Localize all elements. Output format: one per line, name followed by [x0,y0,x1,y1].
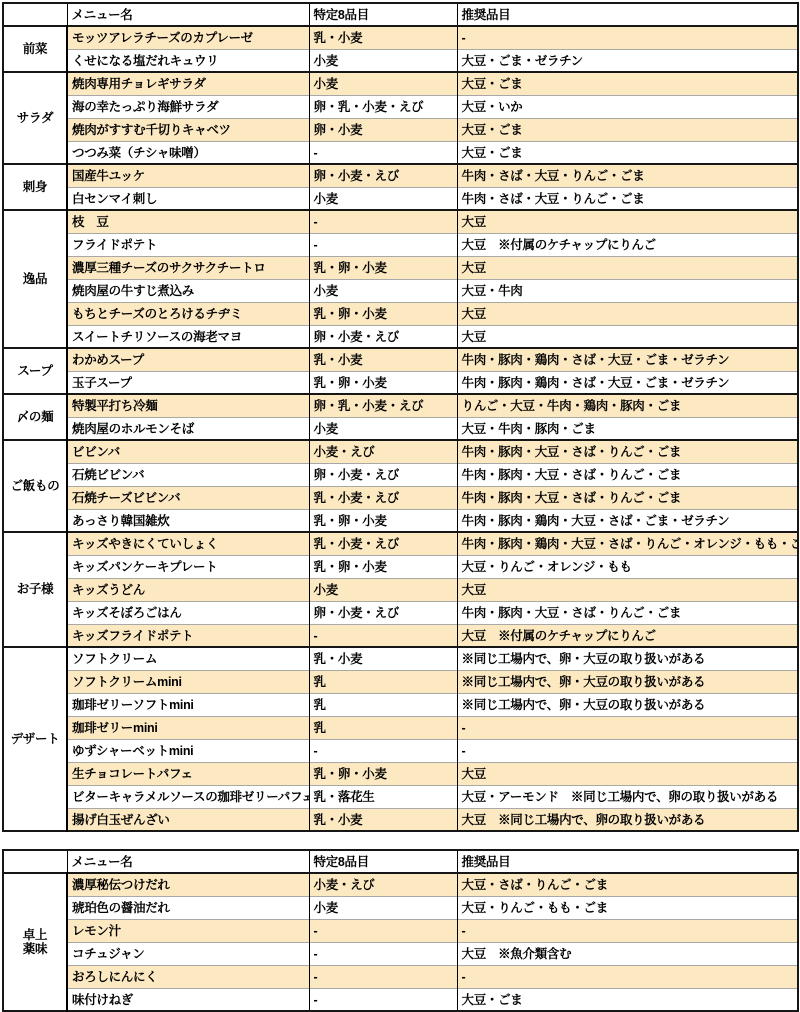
specified8-cell: - [309,965,457,988]
recommended-cell: 牛肉・豚肉・鶏肉・大豆・さば・りんご・オレンジ・もも・ごま [457,532,798,555]
specified8-cell: 乳・卵・小麦 [309,509,457,532]
menu-row: 〆の麺特製平打ち冷麺卵・乳・小麦・えびりんご・大豆・牛肉・鶏肉・豚肉・ごま [3,394,798,417]
recommended-cell: ※同じ工場内で、卵・大豆の取り扱いがある [457,647,798,670]
specified8-cell: 小麦 [309,279,457,302]
menu-row: ソフトクリームmini乳※同じ工場内で、卵・大豆の取り扱いがある [3,670,798,693]
specified8-cell: 小麦・えび [309,440,457,463]
allergen-table-main: メニュー名 特定8品目 推奨品目 前菜モッツアレラチーズのカプレーゼ乳・小麦-く… [2,2,799,832]
menu-name-cell: ソフトクリーム [67,647,309,670]
menu-row: もちとチーズのとろけるチヂミ乳・卵・小麦大豆 [3,302,798,325]
recommended-cell: 大豆 [457,302,798,325]
specified8-cell: 乳・卵・小麦 [309,555,457,578]
recommended-cell: 大豆・ごま [457,118,798,141]
recommended-cell: 大豆・牛肉 [457,279,798,302]
menu-row: ご飯ものビビンバ小麦・えび牛肉・豚肉・大豆・さば・りんご・ごま [3,440,798,463]
menu-row: 前菜モッツアレラチーズのカプレーゼ乳・小麦- [3,26,798,49]
recommended-cell: ※同じ工場内で、卵・大豆の取り扱いがある [457,670,798,693]
menu-name-cell: おろしにんにく [67,965,309,988]
menu-name-cell: 焼肉屋の牛すじ煮込み [67,279,309,302]
recommended-cell: 大豆・ごま [457,141,798,164]
recommended-cell: 大豆・ごま [457,72,798,95]
recommended-cell: - [457,26,798,49]
header-row: メニュー名 特定8品目 推奨品目 [3,850,798,873]
recommended-cell: 牛肉・豚肉・大豆・さば・りんご・ごま [457,486,798,509]
header-row: メニュー名 特定8品目 推奨品目 [3,3,798,26]
menu-name-cell: 特製平打ち冷麺 [67,394,309,417]
menu-row: 石焼ビビンバ卵・小麦・えび牛肉・豚肉・大豆・さば・りんご・ごま [3,463,798,486]
specified8-cell: 卵・小麦 [309,118,457,141]
col-header-specified8: 特定8品目 [309,3,457,26]
menu-name-cell: 焼肉専用チョレギサラダ [67,72,309,95]
category-cell: 卓上 薬味 [3,873,67,1011]
menu-name-cell: キッズうどん [67,578,309,601]
recommended-cell: 大豆・アーモンド ※同じ工場内で、卵の取り扱いがある [457,785,798,808]
menu-row: コチュジャン-大豆 ※魚介類含む [3,942,798,965]
recommended-cell: 大豆 [457,578,798,601]
table-body-condiments: 卓上 薬味濃厚秘伝つけだれ小麦・えび大豆・さば・りんご・ごま琥珀色の醤油だれ小麦… [3,873,798,1011]
menu-row: デザートソフトクリーム乳・小麦※同じ工場内で、卵・大豆の取り扱いがある [3,647,798,670]
menu-name-cell: 生チョコレートパフェ [67,762,309,785]
recommended-cell: 牛肉・さば・大豆・りんご・ごま [457,164,798,187]
menu-name-cell: 焼肉がすすむ千切りキャベツ [67,118,309,141]
col-header-menu-name: メニュー名 [67,3,309,26]
menu-row: 濃厚三種チーズのサクサクチートロ乳・卵・小麦大豆 [3,256,798,279]
recommended-cell: 牛肉・豚肉・大豆・さば・りんご・ごま [457,440,798,463]
menu-name-cell: ビターキャラメルソースの珈琲ゼリーパフェ [67,785,309,808]
page: メニュー名 特定8品目 推奨品目 前菜モッツアレラチーズのカプレーゼ乳・小麦-く… [0,0,800,1012]
menu-name-cell: あっさり韓国雑炊 [67,509,309,532]
menu-name-cell: 珈琲ゼリーmini [67,716,309,739]
specified8-cell: 卵・小麦・えび [309,164,457,187]
menu-name-cell: 石焼ビビンバ [67,463,309,486]
category-cell: スープ [3,348,67,394]
specified8-cell: 乳・小麦 [309,348,457,371]
specified8-cell: - [309,919,457,942]
menu-row: キッズうどん小麦大豆 [3,578,798,601]
specified8-cell: 乳・卵・小麦 [309,371,457,394]
recommended-cell: 大豆 ※魚介類含む [457,942,798,965]
menu-row: あっさり韓国雑炊乳・卵・小麦牛肉・豚肉・鶏肉・大豆・さば・ごま・ゼラチン [3,509,798,532]
recommended-cell: - [457,716,798,739]
menu-name-cell: 味付けねぎ [67,988,309,1011]
specified8-cell: 乳・卵・小麦 [309,256,457,279]
recommended-cell: 牛肉・豚肉・鶏肉・さば・大豆・ごま・ゼラチン [457,371,798,394]
menu-row: 石焼チーズビビンバ乳・小麦・えび牛肉・豚肉・大豆・さば・りんご・ごま [3,486,798,509]
specified8-cell: 卵・乳・小麦・えび [309,394,457,417]
category-cell: 前菜 [3,26,67,72]
specified8-cell: 乳・小麦 [309,26,457,49]
menu-name-cell: ソフトクリームmini [67,670,309,693]
specified8-cell: - [309,141,457,164]
category-header-cell [3,850,67,873]
menu-row: 卓上 薬味濃厚秘伝つけだれ小麦・えび大豆・さば・りんご・ごま [3,873,798,896]
recommended-cell: 大豆 [457,762,798,785]
recommended-cell: 大豆・牛肉・豚肉・ごま [457,417,798,440]
menu-row: レモン汁-- [3,919,798,942]
specified8-cell: 小麦 [309,417,457,440]
menu-row: スイートチリソースの海老マヨ卵・小麦・えび大豆 [3,325,798,348]
menu-name-cell: ゆずシャーベットmini [67,739,309,762]
allergen-table-condiments: メニュー名 特定8品目 推奨品目 卓上 薬味濃厚秘伝つけだれ小麦・えび大豆・さば… [2,849,799,1012]
menu-name-cell: 白センマイ刺し [67,187,309,210]
menu-name-cell: 海の幸たっぷり海鮮サラダ [67,95,309,118]
menu-row: 珈琲ゼリーソフトmini乳※同じ工場内で、卵・大豆の取り扱いがある [3,693,798,716]
menu-name-cell: ビビンバ [67,440,309,463]
specified8-cell: - [309,210,457,233]
recommended-cell: 大豆・りんご・オレンジ・もも [457,555,798,578]
col-header-menu-name: メニュー名 [67,850,309,873]
recommended-cell: 大豆 [457,210,798,233]
specified8-cell: 乳 [309,716,457,739]
recommended-cell: 牛肉・豚肉・大豆・さば・りんご・ごま [457,601,798,624]
recommended-cell: 大豆 ※付属のケチャップにりんご [457,624,798,647]
menu-row: 揚げ白玉ぜんざい乳・小麦大豆 ※同じ工場内で、卵の取り扱いがある [3,808,798,831]
menu-name-cell: キッズパンケーキプレート [67,555,309,578]
menu-row: ゆずシャーベットmini-- [3,739,798,762]
menu-row: キッズフライドポテト-大豆 ※付属のケチャップにりんご [3,624,798,647]
specified8-cell: - [309,988,457,1011]
table-body-main: 前菜モッツアレラチーズのカプレーゼ乳・小麦-くせになる塩だれキュウリ小麦大豆・ご… [3,26,798,831]
recommended-cell: - [457,965,798,988]
menu-name-cell: 国産牛ユッケ [67,164,309,187]
menu-name-cell: スイートチリソースの海老マヨ [67,325,309,348]
menu-row: 焼肉屋のホルモンそば小麦大豆・牛肉・豚肉・ごま [3,417,798,440]
specified8-cell: 乳・卵・小麦 [309,302,457,325]
specified8-cell: 乳・小麦 [309,647,457,670]
menu-name-cell: 珈琲ゼリーソフトmini [67,693,309,716]
menu-name-cell: 石焼チーズビビンバ [67,486,309,509]
menu-name-cell: 枝 豆 [67,210,309,233]
menu-row: 刺身国産牛ユッケ卵・小麦・えび牛肉・さば・大豆・りんご・ごま [3,164,798,187]
specified8-cell: 乳 [309,670,457,693]
recommended-cell: 大豆 [457,325,798,348]
menu-row: 味付けねぎ-大豆・ごま [3,988,798,1011]
specified8-cell: - [309,624,457,647]
category-cell: お子様 [3,532,67,647]
recommended-cell: 牛肉・豚肉・大豆・さば・りんご・ごま [457,463,798,486]
category-cell: デザート [3,647,67,831]
menu-name-cell: キッズフライドポテト [67,624,309,647]
menu-row: キッズパンケーキプレート乳・卵・小麦大豆・りんご・オレンジ・もも [3,555,798,578]
col-header-recommended: 推奨品目 [457,850,798,873]
menu-name-cell: 焼肉屋のホルモンそば [67,417,309,440]
recommended-cell: りんご・大豆・牛肉・鶏肉・豚肉・ごま [457,394,798,417]
recommended-cell: 大豆 ※付属のケチャップにりんご [457,233,798,256]
menu-row: 玉子スープ乳・卵・小麦牛肉・豚肉・鶏肉・さば・大豆・ごま・ゼラチン [3,371,798,394]
recommended-cell: 大豆・いか [457,95,798,118]
menu-name-cell: キッズやきにくていしょく [67,532,309,555]
col-header-specified8: 特定8品目 [309,850,457,873]
specified8-cell: 乳・小麦・えび [309,532,457,555]
recommended-cell: 大豆 [457,256,798,279]
recommended-cell: 大豆・ごま [457,988,798,1011]
recommended-cell: 牛肉・豚肉・鶏肉・大豆・さば・ごま・ゼラチン [457,509,798,532]
specified8-cell: - [309,942,457,965]
specified8-cell: 小麦 [309,187,457,210]
menu-row: ビターキャラメルソースの珈琲ゼリーパフェ乳・落花生大豆・アーモンド ※同じ工場内… [3,785,798,808]
menu-name-cell: わかめスープ [67,348,309,371]
menu-row: 琥珀色の醤油だれ小麦大豆・りんご・もも・ごま [3,896,798,919]
specified8-cell: 乳・小麦・えび [309,486,457,509]
menu-row: 白センマイ刺し小麦牛肉・さば・大豆・りんご・ごま [3,187,798,210]
specified8-cell: 卵・小麦・えび [309,463,457,486]
menu-row: キッズそぼろごはん卵・小麦・えび牛肉・豚肉・大豆・さば・りんご・ごま [3,601,798,624]
category-cell: ご飯もの [3,440,67,532]
category-cell: 刺身 [3,164,67,210]
recommended-cell: ※同じ工場内で、卵・大豆の取り扱いがある [457,693,798,716]
recommended-cell: 大豆・さば・りんご・ごま [457,873,798,896]
menu-row: フライドポテト-大豆 ※付属のケチャップにりんご [3,233,798,256]
menu-name-cell: 濃厚三種チーズのサクサクチートロ [67,256,309,279]
specified8-cell: 卵・小麦・えび [309,325,457,348]
recommended-cell: 大豆 ※同じ工場内で、卵の取り扱いがある [457,808,798,831]
specified8-cell: - [309,233,457,256]
table-gap [2,832,799,849]
category-cell: サラダ [3,72,67,164]
menu-name-cell: 琥珀色の醤油だれ [67,896,309,919]
menu-name-cell: 濃厚秘伝つけだれ [67,873,309,896]
menu-row: お子様キッズやきにくていしょく乳・小麦・えび牛肉・豚肉・鶏肉・大豆・さば・りんご… [3,532,798,555]
specified8-cell: 乳・卵・小麦 [309,762,457,785]
menu-row: 焼肉屋の牛すじ煮込み小麦大豆・牛肉 [3,279,798,302]
recommended-cell: 大豆・りんご・もも・ごま [457,896,798,919]
specified8-cell: 卵・小麦・えび [309,601,457,624]
recommended-cell: 牛肉・豚肉・鶏肉・さば・大豆・ごま・ゼラチン [457,348,798,371]
menu-name-cell: レモン汁 [67,919,309,942]
specified8-cell: 卵・乳・小麦・えび [309,95,457,118]
menu-name-cell: フライドポテト [67,233,309,256]
menu-name-cell: モッツアレラチーズのカプレーゼ [67,26,309,49]
menu-row: 珈琲ゼリーmini乳- [3,716,798,739]
menu-row: おろしにんにく-- [3,965,798,988]
menu-name-cell: 玉子スープ [67,371,309,394]
specified8-cell: 乳・小麦 [309,808,457,831]
menu-name-cell: くせになる塩だれキュウリ [67,49,309,72]
menu-name-cell: 揚げ白玉ぜんざい [67,808,309,831]
menu-row: 逸品枝 豆-大豆 [3,210,798,233]
menu-row: 海の幸たっぷり海鮮サラダ卵・乳・小麦・えび大豆・いか [3,95,798,118]
category-header-cell [3,3,67,26]
category-cell: 逸品 [3,210,67,348]
recommended-cell: 大豆・ごま・ゼラチン [457,49,798,72]
menu-name-cell: つつみ菜（チシャ味噌） [67,141,309,164]
recommended-cell: - [457,919,798,942]
recommended-cell: - [457,739,798,762]
menu-name-cell: コチュジャン [67,942,309,965]
menu-row: 焼肉がすすむ千切りキャベツ卵・小麦大豆・ごま [3,118,798,141]
specified8-cell: 小麦・えび [309,873,457,896]
menu-row: サラダ焼肉専用チョレギサラダ小麦大豆・ごま [3,72,798,95]
col-header-recommended: 推奨品目 [457,3,798,26]
specified8-cell: 乳 [309,693,457,716]
specified8-cell: 乳・落花生 [309,785,457,808]
category-cell: 〆の麺 [3,394,67,440]
menu-row: くせになる塩だれキュウリ小麦大豆・ごま・ゼラチン [3,49,798,72]
specified8-cell: 小麦 [309,72,457,95]
menu-name-cell: キッズそぼろごはん [67,601,309,624]
menu-name-cell: もちとチーズのとろけるチヂミ [67,302,309,325]
menu-row: つつみ菜（チシャ味噌）-大豆・ごま [3,141,798,164]
specified8-cell: 小麦 [309,49,457,72]
menu-row: 生チョコレートパフェ乳・卵・小麦大豆 [3,762,798,785]
menu-row: スープわかめスープ乳・小麦牛肉・豚肉・鶏肉・さば・大豆・ごま・ゼラチン [3,348,798,371]
recommended-cell: 牛肉・さば・大豆・りんご・ごま [457,187,798,210]
specified8-cell: - [309,739,457,762]
specified8-cell: 小麦 [309,896,457,919]
specified8-cell: 小麦 [309,578,457,601]
